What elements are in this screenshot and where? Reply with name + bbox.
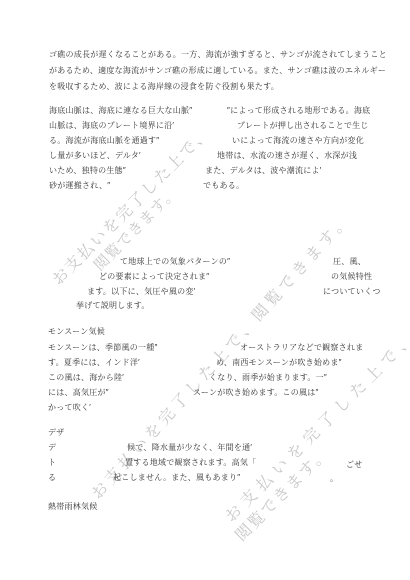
text-fragment: 置する地域で観察されます。高気「 [125, 458, 256, 468]
text-fragment: いによって海流の速さや方向が変化 [232, 136, 364, 146]
text-fragment: 地帯は、水流の速さが遅く、水深が浅 [217, 151, 357, 161]
text-fragment: 砂が運搬され、″ [49, 181, 110, 191]
document-page: お支払いを完了した上で、閲覧できます。お支払いを完了した上で、閲覧できます。お支… [0, 0, 410, 580]
text-fragment: の気候特性 [331, 272, 372, 282]
text-fragment: オーストラリアなどで観察されま [240, 343, 363, 353]
text-fragment: ト [48, 458, 56, 468]
text-fragment: ごせ [346, 460, 363, 470]
text-fragment: どの要素によって決定されま″ [99, 272, 209, 282]
text-fragment: 候で、降水量が少なく、年間を通′ [127, 443, 252, 453]
text-fragment: には、高気圧が″ [48, 388, 109, 398]
text-fragment: デ [48, 443, 56, 453]
text-fragment: ます。以下に、気圧や風の変′ [87, 287, 195, 297]
text-fragment: ゴ礁の成長が遅くなることがある。一方、海流が強すぎると、サンゴが流されてしまうこ… [49, 50, 387, 60]
text-fragment: 山脈は、海底のプレート境界に沿′ [49, 121, 174, 131]
text-fragment: め、南西モンスーンが吹き始めま″ [216, 358, 342, 368]
text-fragment: 。 [330, 474, 338, 484]
text-fragment: る。海流が海底山脈を通過す″ [49, 136, 159, 146]
text-fragment: し量が多いほど、デルタ′ [49, 151, 141, 161]
document-text-layer: ゴ礁の成長が遅くなることがある。一方、海流が強すぎると、サンゴが流されてしまうこ… [0, 0, 410, 580]
text-fragment: かって吹く′ [48, 403, 91, 413]
text-fragment: る [48, 473, 56, 483]
text-fragment: 圧、風、 [333, 257, 366, 267]
text-fragment: また、デルタは、波や潮流によ′ [205, 166, 322, 176]
text-fragment: す。夏季には、インド洋′ [48, 358, 140, 368]
text-fragment: いため、独特の生態″ [49, 166, 126, 176]
text-fragment: 海底山脈は、海底に連なる巨大な山脈″ [49, 106, 192, 116]
text-fragment: についていくつ [323, 287, 381, 297]
text-fragment: て地球上での気象パターンの″ [120, 257, 230, 267]
text-fragment: この風は、海から陸′ [48, 373, 124, 383]
section-heading: 熱帯雨林気候 [48, 502, 98, 512]
text-fragment: くなり、雨季が始まります。一″ [209, 373, 327, 383]
section-heading: デザ [48, 428, 65, 438]
text-fragment: でもある。 [203, 181, 244, 191]
text-fragment: プレートが押し出されることで生じ [237, 121, 369, 131]
text-fragment: スーンが吹き始めます。この風は″ [193, 388, 319, 398]
text-fragment: ″によって形成される地形である。海底 [227, 106, 370, 116]
text-fragment: 挙げて説明します。 [76, 301, 150, 311]
text-fragment: モンスーンは、季節風の一種″ [48, 343, 158, 353]
text-fragment: を吸収するため、波による海岸線の浸食を防ぐ役割も果たす。 [49, 82, 279, 92]
text-fragment: 起こしません。また、風もあまり″ [113, 473, 240, 483]
text-fragment: があるため、適度な海流がサンゴ礁の形成に適している。また、サンゴ礁は波のエネルギ… [49, 66, 386, 76]
section-heading: モンスーン気候 [48, 327, 105, 337]
